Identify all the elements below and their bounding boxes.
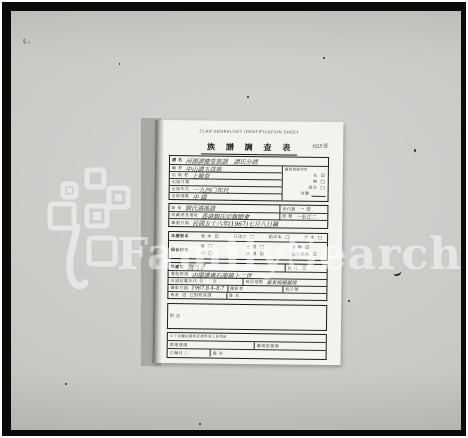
dust-speck: [199, 423, 201, 425]
form-title-row: 族 譜 調 查 表 共25張: [169, 136, 329, 151]
field-label: 世代數: [280, 206, 298, 212]
field-label: 攝影者: [228, 286, 246, 292]
checkbox-checked-icon: ☑: [259, 252, 265, 257]
field-label: 現居地點: [243, 279, 265, 285]
checkbox-icon: □: [319, 185, 325, 190]
option-label: 完 整: [244, 244, 259, 250]
field-label: 本譜版本: [169, 233, 191, 239]
row-condition: 保存情形 好 □ 可 □ 完 整 □ 破 損 ☑: [169, 240, 327, 260]
option-label: 抄 本: [302, 235, 317, 241]
corner-scribble: t.,: [22, 36, 31, 45]
microfilm-pages: 頁數: [285, 190, 326, 197]
checkbox-icon: □: [207, 251, 213, 256]
checkbox-icon: □: [259, 245, 265, 250]
dust-speck: [348, 300, 350, 302]
genealogy-form-sheet: CLAN GENEALOGY IDENTIFICATION SHEET 族 譜 …: [153, 120, 344, 365]
signature-cell: 簽 名: [226, 293, 327, 300]
form-content: CLAN GENEALOGY IDENTIFICATION SHEET 族 譜 …: [167, 128, 330, 360]
remarks-cell: 備 註: [210, 350, 326, 358]
dust-speck: [414, 149, 416, 152]
field-value-handwritten: [192, 182, 282, 183]
generations-cell: 世代數 一 至: [279, 205, 327, 213]
field-label: 始遷祖: [169, 264, 187, 270]
form-title: 族 譜 調 查 表: [201, 141, 297, 155]
option-label: 好: [199, 243, 208, 249]
field-label: 已編目 □: [168, 350, 210, 357]
checkbox-checked-icon: ☑: [320, 173, 326, 178]
field-label: 始 祖: [169, 205, 184, 211]
field-label: 編 者: [170, 165, 185, 171]
row-publisher: 出 版 者 上興堂: [170, 171, 282, 179]
section-edition-condition: 本譜版本 刻 本 ☑ 石印本 □ 鉛印本: [168, 231, 328, 261]
photo-area: t., CLAN GENEALOGY IDENTIFICATION SHEET …: [11, 11, 461, 430]
section-ancestor-holder: 始 祖 劉氏鴻孫譜 世代數 一 至 收藏者及地址 香港劉氏宗親總會 冊 數 一至…: [168, 203, 328, 229]
field-label: 頁數: [299, 191, 312, 197]
row-publish-place: 出版地點 中 國: [170, 192, 282, 200]
condition-group: 清 晰 ☑ 部分模糊 ☑: [281, 242, 327, 260]
section-notes: 附 註: [167, 303, 327, 331]
field-label: 出版日期: [170, 179, 192, 185]
option-label: 可: [199, 250, 208, 256]
field-value-handwritten: 上興堂: [190, 171, 281, 181]
office-use-note: 以下各欄由猶他家譜學會人員填寫: [168, 334, 229, 340]
edition-option: 石印本 □: [231, 234, 255, 240]
field-label: 備 註: [211, 350, 226, 356]
option-label: 清 晰: [290, 245, 305, 251]
paper-gutter-shadow: [153, 120, 165, 363]
dust-speck: [247, 96, 249, 98]
handwritten-page-note: 共25張: [311, 143, 328, 151]
field-label: 出版地點: [170, 193, 192, 199]
field-label: 攝製日期: [169, 220, 191, 226]
field-label: 簽 名: [227, 293, 242, 299]
photographer-cell: 攝影者: [227, 286, 282, 293]
field-label: 微捲號碼: [168, 342, 254, 349]
checkbox-checked-icon: ☑: [311, 252, 317, 257]
field-label: 攝製組號碼: [255, 343, 282, 349]
field-label: 遷徙經過: [169, 271, 191, 277]
field-value-handwritten: 一 至: [298, 206, 328, 213]
field-label: 複查: [168, 292, 181, 298]
field-label: 底片號: [283, 286, 301, 292]
field-note: 已對照原譜: [187, 292, 214, 298]
field-value-handwritten: 中 國: [192, 192, 282, 202]
familysearch-tree-logo-icon: [47, 167, 147, 291]
option-label: 刻 本: [199, 233, 214, 239]
form-english-header: CLAN GENEALOGY IDENTIFICATION SHEET: [169, 128, 329, 136]
option-label: 石印本: [231, 234, 249, 240]
checkbox-icon: □: [319, 179, 325, 184]
field-label: 出版年代: [170, 186, 192, 192]
residence-cell: 現居地點 廣東梅縣縣境: [242, 279, 326, 286]
field-value-handwritten: 1967.8.4–8.7: [190, 285, 225, 291]
notes-label: 附 註: [168, 312, 183, 318]
option-label: 部分模糊: [289, 252, 311, 258]
checkbox-icon: □: [284, 235, 290, 240]
negative-cell: 底片號: [282, 286, 326, 293]
field-label: 出 版 者: [170, 172, 191, 178]
edition-option: 抄 本 □: [302, 235, 323, 241]
field-label: 本譜記載年代 自 至: [168, 278, 242, 285]
blank-line: [312, 191, 326, 196]
microfilm-status-box: 攝製微捲情形 有 ☑ 無 □ 部分 □: [282, 165, 328, 201]
dust-speck: [65, 383, 67, 385]
option-label: 破 損: [244, 251, 259, 257]
field-label: 保存情形: [169, 247, 191, 253]
crew-number-cell: 攝製組號碼: [254, 342, 326, 350]
checkbox-checked-icon: ☑: [214, 234, 220, 239]
field-value-handwritten: 民國五十六年(1967)七月八日攝: [191, 218, 327, 229]
section-publication: 譜 名 河源譚慶堂族譜 譚氏分譜 編 者 中山譚玉昌族 出 版 者 上興堂: [169, 155, 330, 202]
field-label: 譜 名: [170, 157, 185, 163]
checkbox-icon: □: [207, 244, 213, 249]
row-filming-date: 攝製日期 民國五十六年(1967)七月八日攝: [169, 218, 327, 228]
edition-option: 鉛印本 □: [267, 234, 291, 240]
condition-group: 好 □ 可 □: [191, 241, 237, 259]
dust-speck: [323, 57, 325, 59]
option-label: 鉛印本: [267, 234, 285, 240]
checkbox-icon: □: [317, 235, 323, 240]
checkbox-icon: □: [249, 235, 255, 240]
photo-mark: [392, 268, 402, 277]
field-label: 攝影日期: [168, 285, 190, 291]
condition-group: 完 整 □ 破 損 ☑: [236, 242, 282, 260]
section-migration-filming: 始遷祖 劉乃孚 世 代 至 遷徙經過 由閩遷粵石龍鎮上二世 本譜記載年代 自 至: [167, 262, 327, 301]
microfilm-scan-page: t., CLAN GENEALOGY IDENTIFICATION SHEET …: [0, 0, 468, 438]
field-value-handwritten: 廣東梅縣縣境: [265, 279, 326, 287]
dust-speck: [119, 63, 120, 65]
edition-option: 刻 本 ☑: [199, 233, 220, 239]
section-office-use: 以下各欄由猶他家譜學會人員填寫 微捲號碼 攝製組號碼 已編目 □ 備 註: [167, 332, 327, 360]
checkbox-checked-icon: ☑: [304, 245, 310, 250]
